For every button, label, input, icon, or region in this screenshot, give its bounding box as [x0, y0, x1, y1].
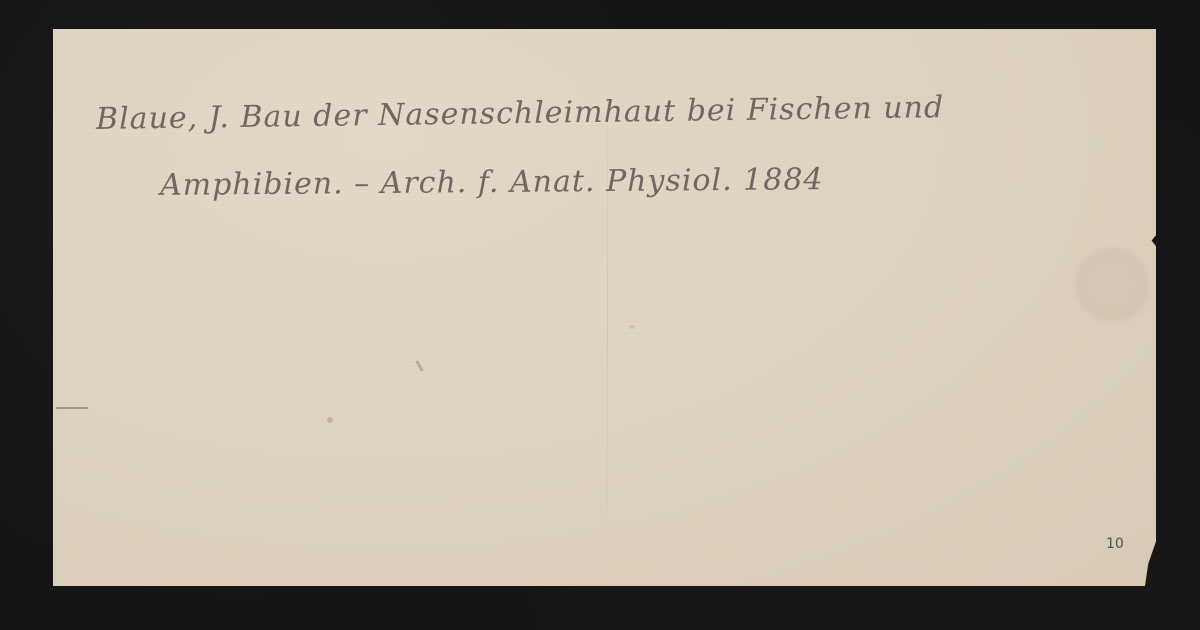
pencil-mark — [56, 407, 88, 409]
paper-spot — [630, 325, 634, 329]
paper-stain — [1072, 245, 1152, 325]
handwritten-line-2: Amphibien. – Arch. f. Anat. Physiol. 188… — [160, 162, 824, 203]
paper-spot — [327, 417, 333, 423]
page-number: 10 — [1106, 536, 1124, 552]
